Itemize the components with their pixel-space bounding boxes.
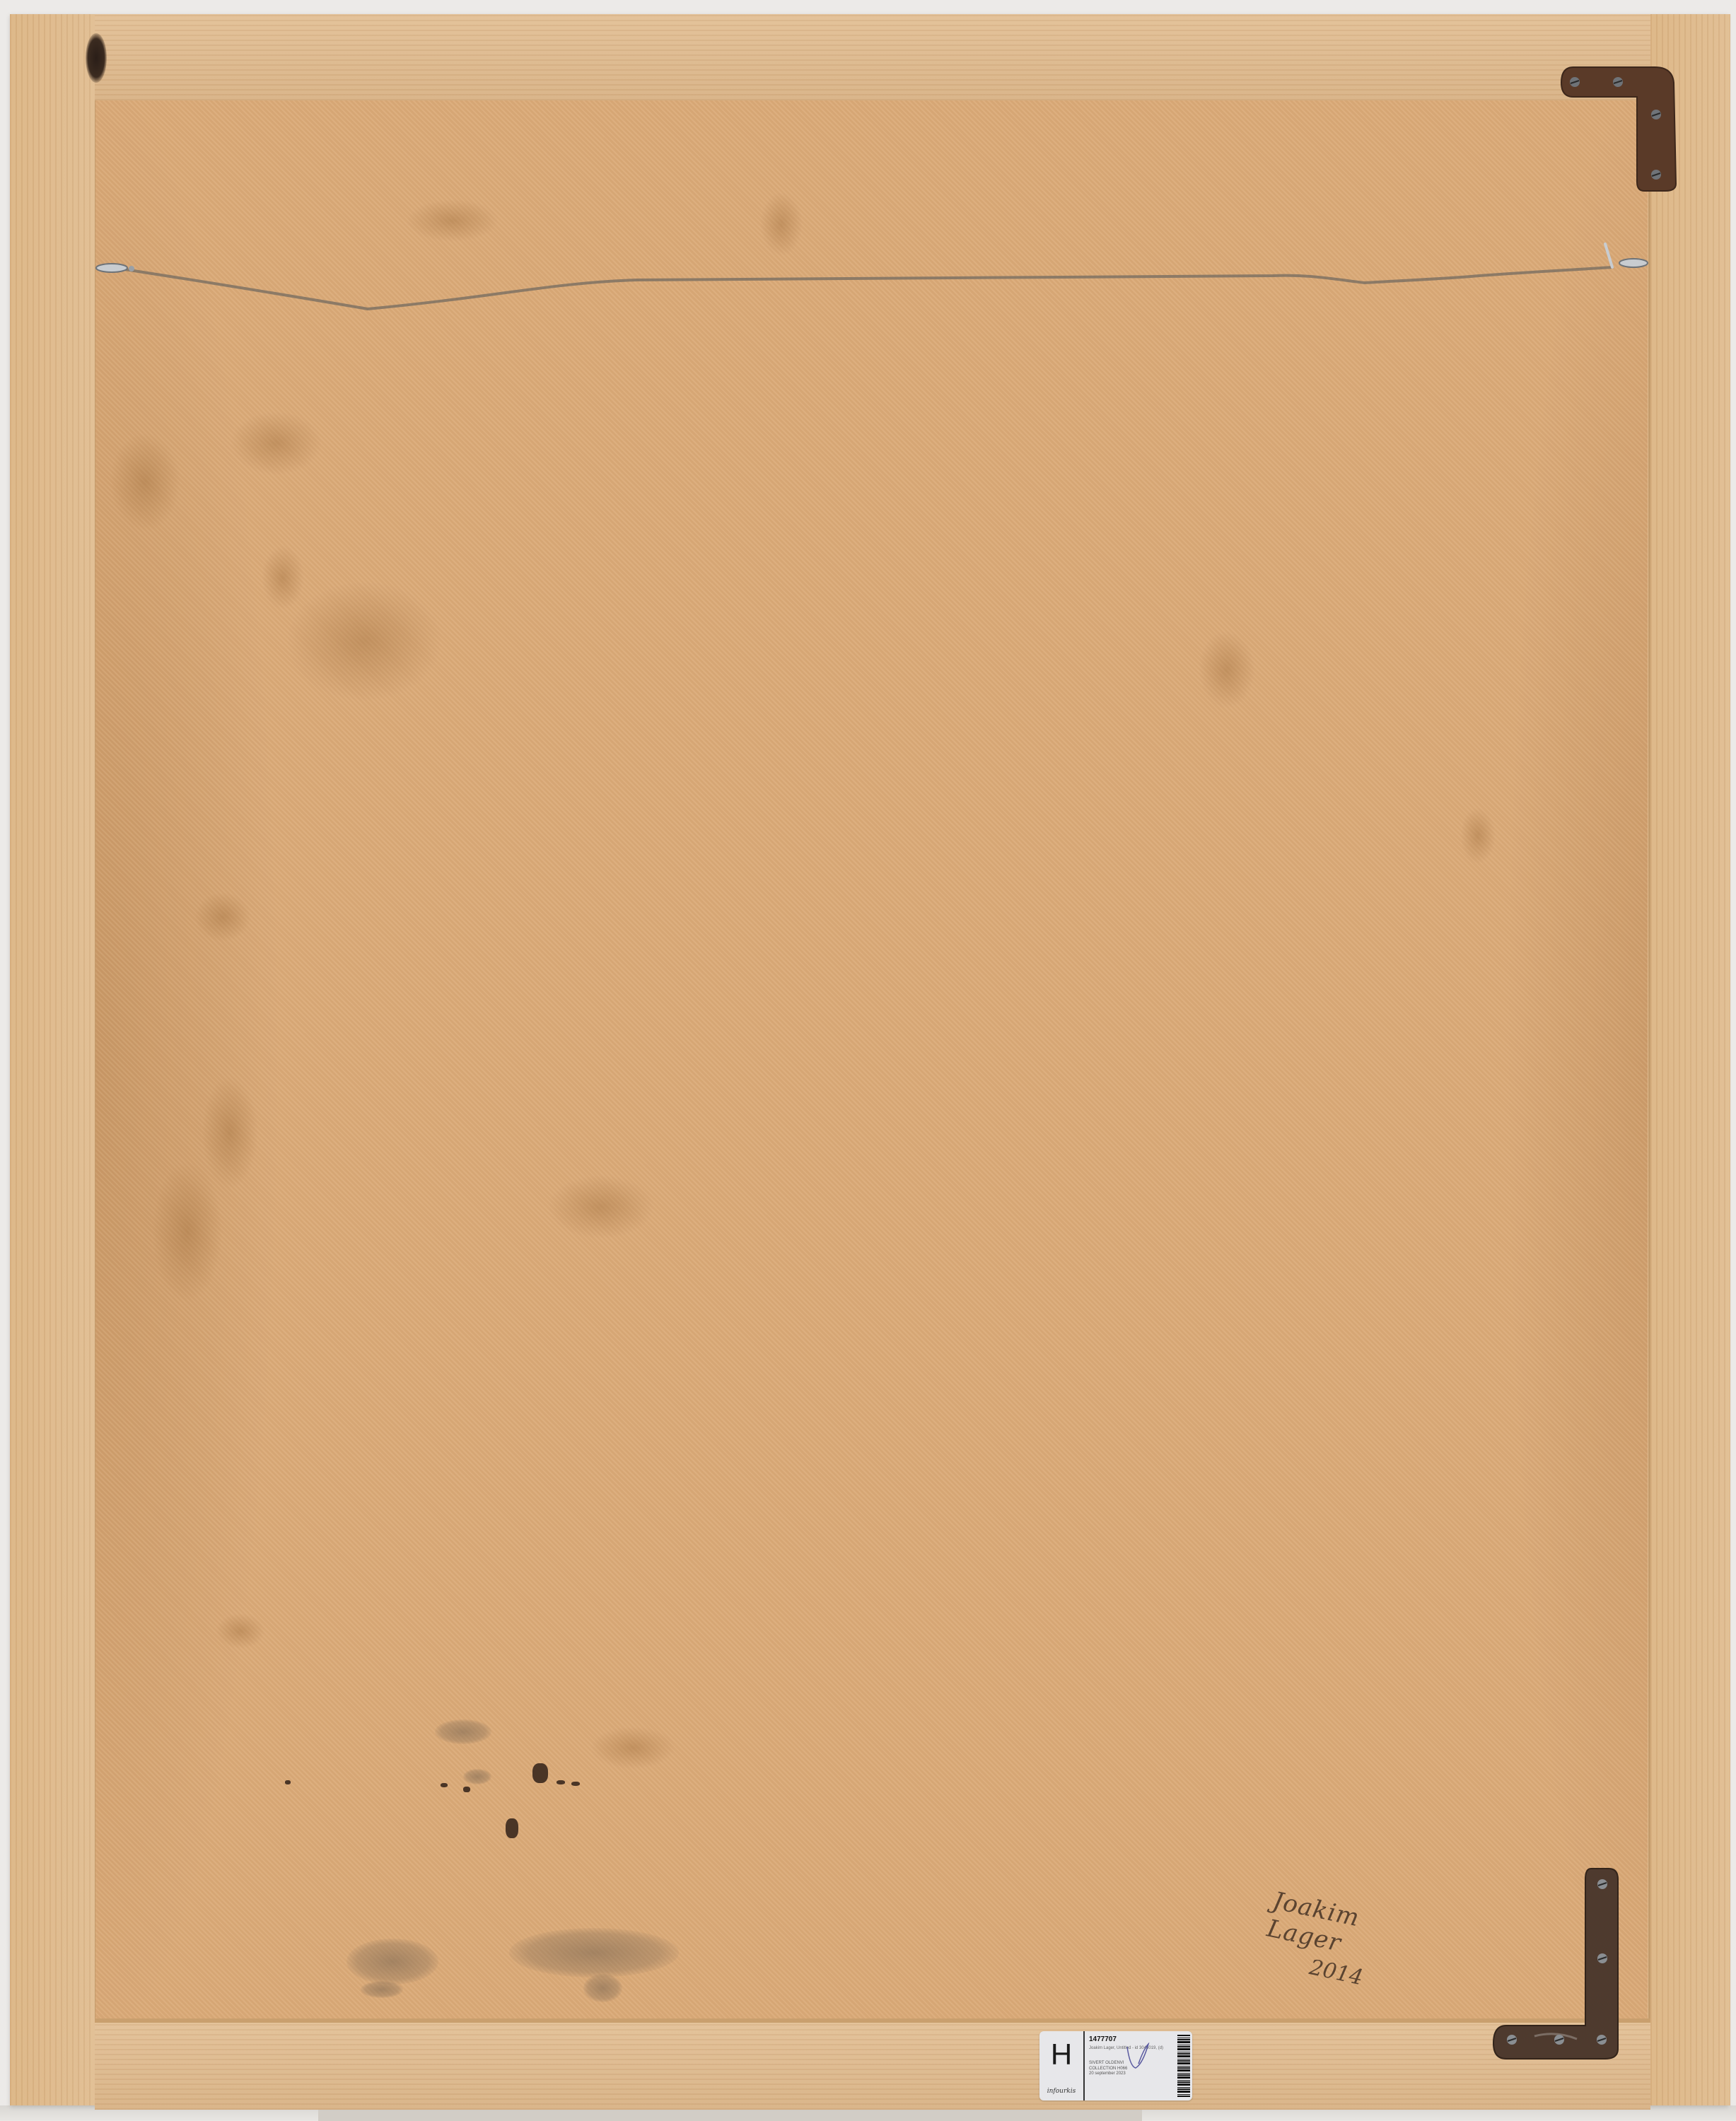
dark-speck: [532, 1763, 548, 1783]
label-letter: H: [1051, 2040, 1072, 2069]
label-details: 1477707 Joakim Lager, Untitled - id 3046…: [1085, 2031, 1177, 2100]
dark-speck: [463, 1787, 470, 1792]
backing-board: [95, 100, 1648, 2018]
dark-speck: [441, 1783, 448, 1787]
stain: [230, 411, 322, 475]
frame-top-rail: [95, 14, 1650, 103]
inventory-label: H infourkis 1477707 Joakim Lager, Untitl…: [1039, 2031, 1192, 2100]
dark-speck: [557, 1780, 565, 1784]
water-stain: [361, 1981, 403, 1998]
label-date: 20 september 2023: [1089, 2072, 1175, 2077]
water-stain: [509, 1928, 679, 1977]
label-brand-panel: H infourkis: [1039, 2031, 1085, 2100]
stain: [286, 581, 442, 701]
water-stain: [435, 1719, 491, 1744]
frame-left-stile: [10, 14, 97, 2105]
stain: [194, 892, 251, 942]
stain: [152, 1161, 223, 1302]
stain: [202, 1076, 258, 1189]
stain: [407, 199, 499, 242]
dark-speck: [506, 1818, 518, 1838]
stain: [216, 1613, 265, 1649]
dark-speck: [285, 1780, 291, 1784]
stain: [590, 1726, 675, 1769]
barcode-icon: [1177, 2035, 1190, 2097]
stain: [548, 1175, 654, 1239]
water-stain: [583, 1974, 622, 2002]
handwritten-check-icon: [1126, 2043, 1151, 2071]
stain: [1199, 631, 1255, 708]
corner-bracket-top-right-icon: [1559, 65, 1687, 192]
label-logo: infourkis: [1047, 2088, 1076, 2095]
corner-bracket-bottom-right-icon: [1492, 1866, 1633, 2064]
stain: [110, 433, 180, 532]
wood-knot: [86, 33, 107, 83]
water-stain: [346, 1939, 438, 1985]
dark-speck: [571, 1782, 580, 1786]
water-stain: [463, 1769, 491, 1784]
frame-right-stile: [1648, 14, 1730, 2105]
stain: [262, 546, 304, 609]
stain: [1460, 807, 1496, 864]
stain: [760, 192, 803, 256]
frame-bottom-rail: [95, 2018, 1650, 2110]
